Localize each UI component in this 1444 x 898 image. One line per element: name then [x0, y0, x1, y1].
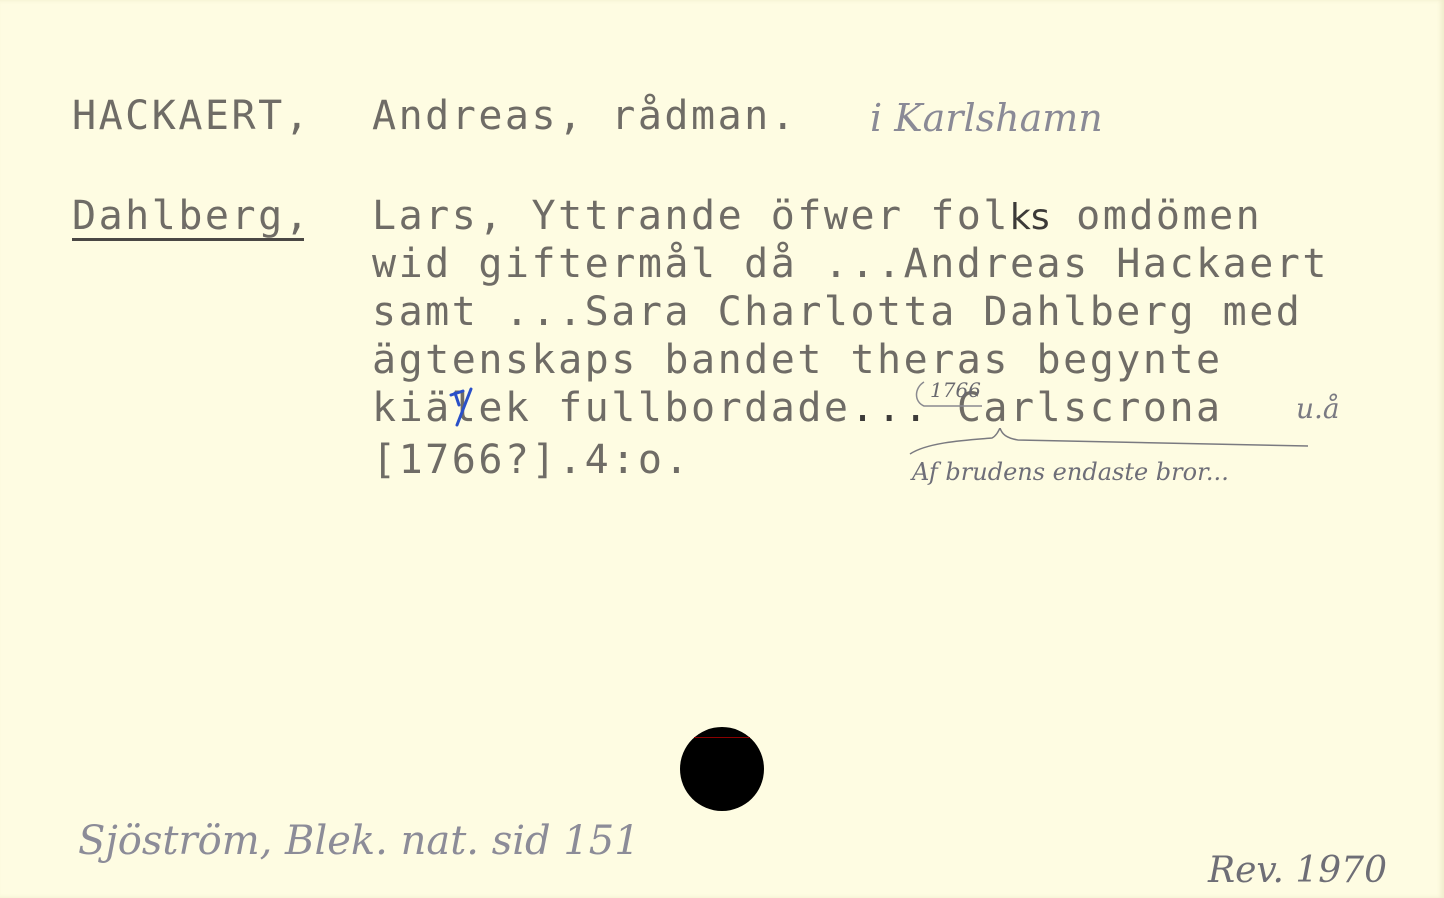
title-line-1-correction: ks	[1010, 197, 1050, 238]
entry-title-line-1: Lars, Yttrande öfwer folks omdömen	[372, 192, 1262, 242]
date-annotation-arc-icon	[910, 380, 990, 410]
entry-title-line-5: kiälek fullbordade... Carlscrona	[372, 384, 1223, 432]
author-underline	[72, 238, 304, 241]
entry-author: Dahlberg,	[72, 192, 311, 240]
heading-given-name-title: Andreas, rådman.	[372, 92, 797, 140]
blue-correction-mark-icon	[445, 385, 485, 427]
heading-surname: HACKAERT,	[72, 92, 311, 140]
title-line-5-part-a: kiälek fullbordade	[372, 385, 850, 431]
punch-hole	[680, 727, 764, 811]
brace-note: Af brudens endaste bror...	[912, 458, 1229, 486]
catalog-card: HACKAERT, Andreas, rådman. i Karlshamn D…	[0, 0, 1444, 898]
title-line-1-part-c: omdömen	[1050, 193, 1263, 239]
entry-title-line-4: ägtenskaps bandet theras begynte	[372, 336, 1223, 384]
entry-title-line-2: wid giftermål då ...Andreas Hackaert	[372, 240, 1329, 288]
source-note: Sjöström, Blek. nat. sid 151	[78, 818, 640, 864]
title-line-1-part-a: Lars, Yttrande öfwer fol	[372, 193, 1010, 239]
revision-note: Rev. 1970	[1208, 850, 1387, 891]
place-annotation: u.å	[1296, 392, 1340, 425]
entry-imprint: [1766?].4:o.	[372, 436, 691, 484]
brace-icon	[908, 428, 1313, 458]
entry-title-line-3: samt ...Sara Charlotta Dahlberg med	[372, 288, 1302, 336]
heading-handwritten-place: i Karlshamn	[870, 96, 1103, 140]
